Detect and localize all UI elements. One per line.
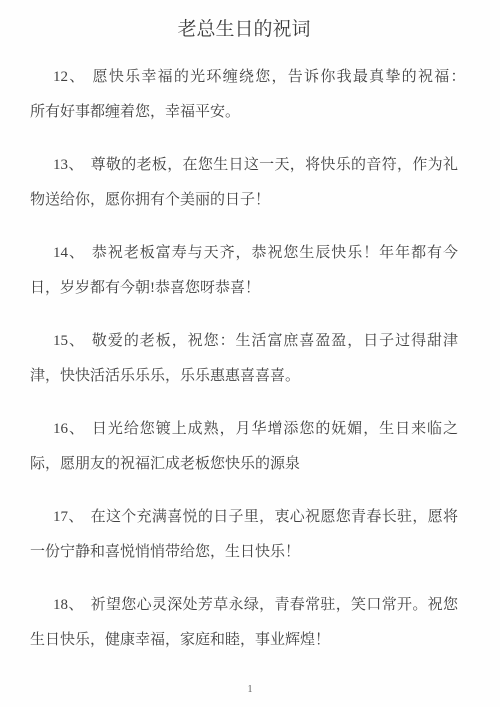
paragraph-text: 尊敬的老板，在您生日这一天，将快乐的音符，作为礼物送给你，愿你拥有个美丽的日子！ (30, 157, 458, 208)
paragraph-number: 12、 (53, 69, 86, 85)
paragraph-number: 17、 (53, 509, 84, 525)
paragraph: 13、尊敬的老板，在您生日这一天，将快乐的音符，作为礼物送给你，愿你拥有个美丽的… (30, 148, 458, 218)
paragraph: 12、愿快乐幸福的光环缠绕您，告诉你我最真挚的祝福： 所有好事都缠着您，幸福平安… (30, 60, 458, 130)
paragraph-number: 15、 (53, 333, 85, 349)
paragraph-text: 日光给您镀上成熟，月华增添您的妩媚，生日来临之际，愿朋友的祝福汇成老板您快乐的源… (30, 421, 458, 472)
paragraph-number: 13、 (53, 157, 84, 173)
paragraph-text: 恭祝老板富寿与天齐，恭祝您生辰快乐！年年都有今日，岁岁都有今朝!恭喜您呀恭喜！ (30, 245, 458, 296)
document-body: 12、愿快乐幸福的光环缠绕您，告诉你我最真挚的祝福： 所有好事都缠着您，幸福平安… (30, 60, 458, 658)
paragraph: 16、日光给您镀上成熟，月华增添您的妩媚，生日来临之际，愿朋友的祝福汇成老板您快… (30, 412, 458, 482)
paragraph-number: 16、 (53, 421, 85, 437)
paragraph: 17、在这个充满喜悦的日子里，衷心祝愿您青春长驻，愿将一份宁静和喜悦悄悄带给您，… (30, 500, 458, 570)
paragraph-text: 祈望您心灵深处芳草永绿，青春常驻，笑口常开。祝您生日快乐，健康幸福，家庭和睦，事… (30, 597, 458, 648)
paragraph-text: 敬爱的老板，祝您：生活富庶喜盈盈，日子过得甜津津，快快活活乐乐乐，乐乐惠惠喜喜喜… (30, 333, 458, 384)
paragraph-number: 18、 (53, 597, 84, 613)
paragraph-text: 在这个充满喜悦的日子里，衷心祝愿您青春长驻，愿将一份宁静和喜悦悄悄带给您，生日快… (30, 509, 458, 560)
page-number: 1 (0, 684, 500, 695)
paragraph: 15、敬爱的老板，祝您：生活富庶喜盈盈，日子过得甜津津，快快活活乐乐乐，乐乐惠惠… (30, 324, 458, 394)
paragraph-number: 14、 (53, 245, 85, 261)
paragraph: 14、恭祝老板富寿与天齐，恭祝您生辰快乐！年年都有今日，岁岁都有今朝!恭喜您呀恭… (30, 236, 458, 306)
paragraph: 18、祈望您心灵深处芳草永绿，青春常驻，笑口常开。祝您生日快乐，健康幸福，家庭和… (30, 588, 458, 658)
document-page: 老总生日的祝词 12、愿快乐幸福的光环缠绕您，告诉你我最真挚的祝福： 所有好事都… (0, 0, 500, 707)
paragraph-text: 愿快乐幸福的光环缠绕您，告诉你我最真挚的祝福： 所有好事都缠着您，幸福平安。 (30, 69, 488, 120)
page-title: 老总生日的祝词 (30, 16, 458, 44)
